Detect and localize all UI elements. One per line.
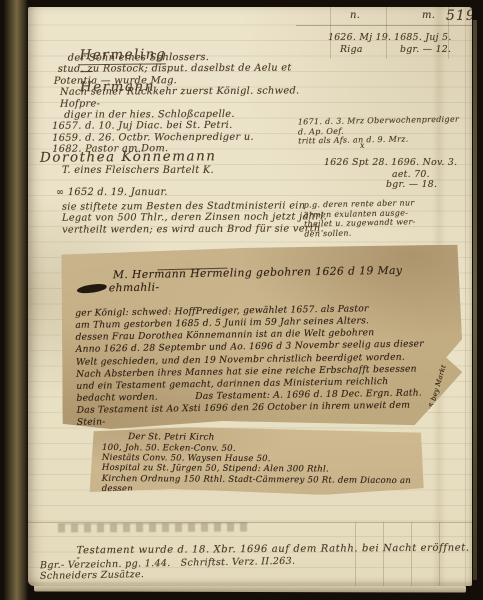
hermeling-birth-place: Riga (340, 44, 363, 56)
manuscript-scan: n. m. 519 Hermeling — Hermann 1626. Mj 1… (0, 0, 483, 600)
reference-line-2: Schneiders Zusätze. (40, 569, 144, 583)
koennemann-burial: bgr. — 18. (386, 179, 437, 191)
hermeling-birth-date: 1626. Mj 19. (328, 32, 391, 44)
pasted-note-list: Der St. Petri Kirch 100, Joh. 50. Ecken-… (90, 426, 425, 496)
header-rule (296, 25, 472, 26)
ink-blot (76, 283, 107, 295)
hermeling-burial: bgr. — 12. (400, 44, 451, 56)
column-header-n: n. (350, 10, 360, 21)
koennemann-parentage: T. eines Fleischers Bartelt K. (62, 165, 214, 176)
handwritten-line: Das Testament ist Ao Xsti 1696 den 26 Oc… (77, 399, 437, 429)
entry-heading-koennemann: Dorothea Könnemann (40, 148, 217, 166)
handwritten-line: statt nachgel. Wittwe ab: 3 Rthler jährl… (194, 495, 416, 517)
koennemann-marriage: ∞ 1652 d. 19. Januar. (56, 187, 168, 198)
legacy-list-lines: 100, Joh. 50. Ecken-Conv. 50.Niestäts Co… (102, 442, 417, 517)
pasted-note-lines: ger Königl: schwed: HoffPrediger, gewähl… (75, 302, 438, 526)
pasted-note-list-text: Der St. Petri Kirch 100, Joh. 50. Ecken-… (102, 432, 417, 518)
register-page: n. m. 519 Hermeling — Hermann 1626. Mj 1… (28, 7, 472, 586)
hermeling-death-date: 1685. Juj 5. (394, 32, 452, 44)
next-page-edge (473, 20, 477, 580)
margin-rule (465, 7, 466, 586)
handwritten-line: Nach seiner Rückkehr zuerst Königl. schw… (60, 85, 342, 109)
hermeling-side-note: 1671. d. 3. Mrz Oberwochenprediger d. Ap… (298, 115, 466, 147)
handwritten-line: M. Hermann Hermeling gebohren 1626 d 19 … (74, 250, 435, 308)
koennemann-margin-note: p.g. deren rente aber nurarmen exulanten… (304, 197, 455, 239)
column-header-m: m. (422, 10, 435, 21)
koennemann-birth-death: 1626 Spt 28. 1696. Nov. 3. (324, 157, 457, 169)
pasted-note-main: M. Hermann Hermeling gebohren 1626 d 19 … (61, 245, 462, 430)
handwritten-line: Kirchen Ordnung 150 Rthl. Stadt-Cämmerey… (102, 474, 416, 497)
check-mark: x (360, 141, 365, 150)
erased-text-smudge (58, 523, 248, 533)
handwritten-line: vertheilt werden; es wird auch Brod für … (62, 223, 328, 236)
koennemann-legacy-lines: sie stiftete zum Besten des Stadtministe… (58, 200, 328, 236)
book-binding-edge (3, 0, 28, 600)
page-number: 519 (446, 8, 472, 24)
